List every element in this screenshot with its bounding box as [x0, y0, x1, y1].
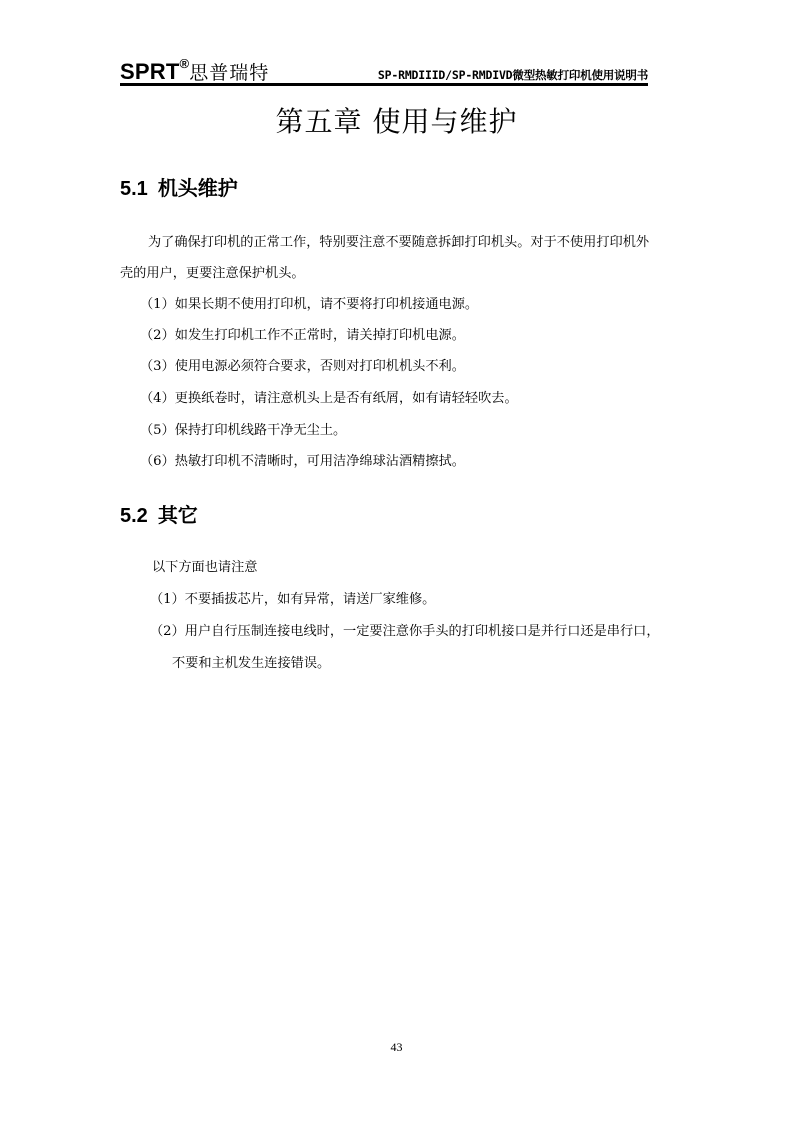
- paragraph-line: 为了确保打印机的正常工作，特别要注意不要随意拆卸打印机头。对于不使用打印机外: [148, 234, 649, 252]
- chapter-title: 第五章 使用与维护: [0, 104, 793, 140]
- header-divider: [120, 83, 648, 86]
- section-heading-5-2: 5.2其它: [120, 503, 198, 529]
- section-heading-5-1: 5.1机头维护: [120, 176, 238, 202]
- paragraph-line: 以下方面也请注意: [152, 559, 258, 577]
- brand-logo-text: SPRT: [120, 59, 179, 84]
- list-item: （2）如发生打印机工作不正常时，请关掉打印机电源。: [140, 327, 465, 345]
- list-item: （5）保持打印机线路干净无尘土。: [140, 422, 346, 440]
- list-item: （1）不要插拔芯片，如有异常，请送厂家维修。: [150, 591, 435, 609]
- list-item-continuation: 不要和主机发生连接错误。: [172, 655, 330, 673]
- section-number: 5.2: [120, 505, 148, 527]
- registered-mark: ®: [179, 56, 189, 71]
- list-item: （1）如果长期不使用打印机，请不要将打印机接通电源。: [140, 296, 478, 314]
- list-item: （4）更换纸卷时，请注意机头上是否有纸屑，如有请轻轻吹去。: [140, 390, 518, 408]
- page-number: 43: [0, 1040, 793, 1054]
- document-page: SPRT®思普瑞特 SP-RMDIIID/SP-RMDIVD微型热敏打印机使用说…: [0, 0, 793, 1122]
- paragraph-line: 壳的用户，更要注意保护机头。: [120, 265, 305, 283]
- section-title-text: 机头维护: [158, 178, 238, 200]
- section-number: 5.1: [120, 178, 148, 200]
- running-header: SPRT®思普瑞特 SP-RMDIIID/SP-RMDIVD微型热敏打印机使用说…: [120, 58, 648, 86]
- list-item: （2）用户自行压制连接电线时，一定要注意你手头的打印机接口是并行口还是串行口，: [150, 623, 660, 641]
- brand-logo: SPRT®思普瑞特: [120, 60, 269, 85]
- brand-logo-cn: 思普瑞特: [189, 62, 269, 84]
- list-item: （3）使用电源必须符合要求，否则对打印机机头不利。: [140, 358, 465, 376]
- list-item: （6）热敏打印机不清晰时，可用洁净绵球沾酒精擦拭。: [140, 453, 465, 471]
- section-title-text: 其它: [158, 505, 198, 527]
- document-title: SP-RMDIIID/SP-RMDIVD微型热敏打印机使用说明书: [378, 68, 648, 82]
